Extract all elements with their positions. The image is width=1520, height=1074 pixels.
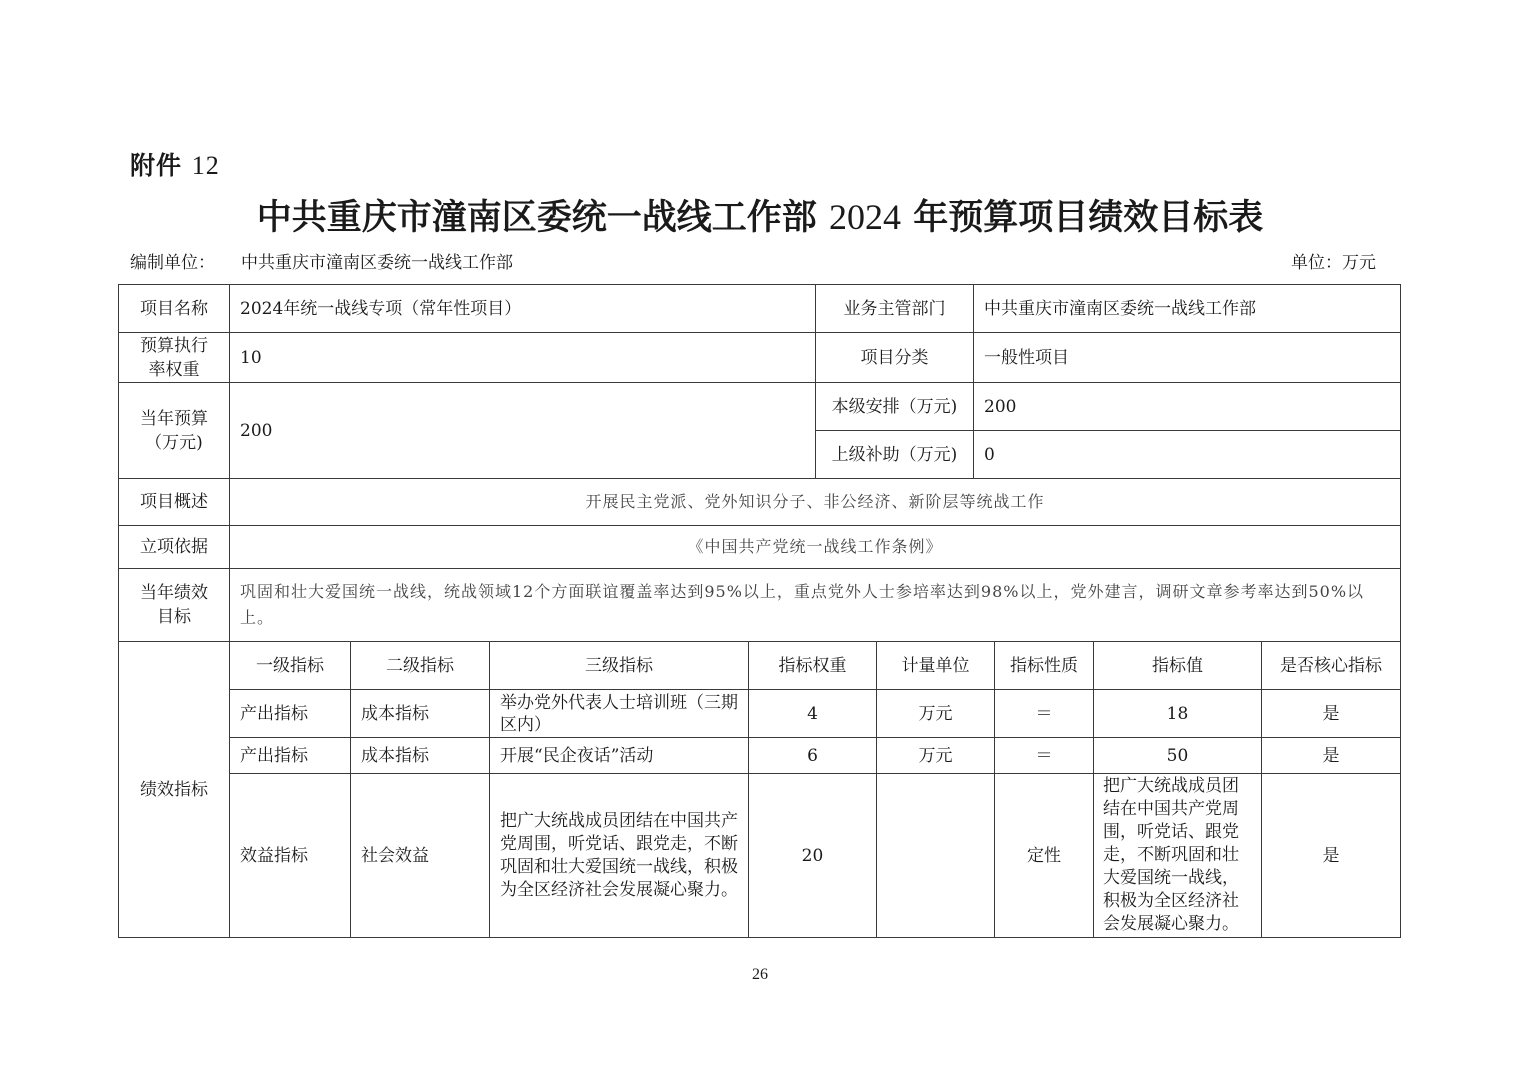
table-row-3-level2: 社会效益 <box>350 773 490 938</box>
col-header-level3: 三级指标 <box>489 641 749 690</box>
table-row-2-core: 是 <box>1261 737 1401 774</box>
goal-value: 巩固和壮大爱国统一战线，统战领域12个方面联谊覆盖率达到95%以上，重点党外人士… <box>229 568 1401 642</box>
budget-value: 200 <box>229 382 816 479</box>
col-header-value: 指标值 <box>1093 641 1262 690</box>
project-name-label: 项目名称 <box>118 284 230 333</box>
table-row-1-weight: 4 <box>748 689 877 738</box>
table-row-3-level1: 效益指标 <box>229 773 351 938</box>
table-row-2-level3: 开展“民企夜话”活动 <box>489 737 749 774</box>
table-row-1-unit: 万元 <box>876 689 995 738</box>
superior-value: 0 <box>973 430 1401 479</box>
exec-weight-value: 10 <box>229 332 816 383</box>
budget-label: 当年预算（万元) <box>118 382 230 479</box>
basis-value: 《中国共产党统一战线工作条例》 <box>229 525 1401 569</box>
table-row-2-level2: 成本指标 <box>350 737 490 774</box>
col-header-nature: 指标性质 <box>994 641 1094 690</box>
table-row-1-level2: 成本指标 <box>350 689 490 738</box>
table-row-3-nature: 定性 <box>994 773 1094 938</box>
category-label: 项目分类 <box>815 332 974 383</box>
page-number: 26 <box>0 966 1520 984</box>
superior-label: 上级补助（万元) <box>815 430 974 479</box>
exec-weight-label: 预算执行率权重 <box>118 332 230 383</box>
table-row-2-value: 50 <box>1093 737 1262 774</box>
col-header-unit: 计量单位 <box>876 641 995 690</box>
col-header-weight: 指标权重 <box>748 641 877 690</box>
category-value: 一般性项目 <box>973 332 1401 383</box>
dept-label: 业务主管部门 <box>815 284 974 333</box>
performance-table: 项目名称 2024年统一战线专项（常年性项目） 业务主管部门 中共重庆市潼南区委… <box>0 0 1520 1074</box>
local-value: 200 <box>973 382 1401 431</box>
table-row-3-unit <box>876 773 995 938</box>
overview-value: 开展民主党派、党外知识分子、非公经济、新阶层等统战工作 <box>229 478 1401 526</box>
overview-label: 项目概述 <box>118 478 230 526</box>
col-header-core: 是否核心指标 <box>1261 641 1401 690</box>
col-header-level1: 一级指标 <box>229 641 351 690</box>
local-label: 本级安排（万元) <box>815 382 974 431</box>
dept-value: 中共重庆市潼南区委统一战线工作部 <box>973 284 1401 333</box>
table-row-1-level3: 举办党外代表人士培训班（三期区内） <box>489 689 749 738</box>
table-row-3-level3: 把广大统战成员团结在中国共产党周围，听党话、跟党走，不断巩固和壮大爱国统一战线，… <box>489 773 749 938</box>
table-row-2-nature: ＝ <box>994 737 1094 774</box>
table-row-1-value: 18 <box>1093 689 1262 738</box>
indicators-label: 绩效指标 <box>118 641 230 938</box>
table-row-2-weight: 6 <box>748 737 877 774</box>
table-row-3-value: 把广大统战成员团结在中国共产党周围，听党话、跟党走，不断巩固和壮大爱国统一战线，… <box>1093 773 1262 938</box>
table-row-3-weight: 20 <box>748 773 877 938</box>
table-row-1-core: 是 <box>1261 689 1401 738</box>
basis-label: 立项依据 <box>118 525 230 569</box>
table-row-2-level1: 产出指标 <box>229 737 351 774</box>
table-row-2-unit: 万元 <box>876 737 995 774</box>
goal-label: 当年绩效目标 <box>118 568 230 642</box>
table-row-1-nature: ＝ <box>994 689 1094 738</box>
project-name-value: 2024年统一战线专项（常年性项目） <box>229 284 816 333</box>
table-row-3-core: 是 <box>1261 773 1401 938</box>
col-header-level2: 二级指标 <box>350 641 490 690</box>
table-row-1-level1: 产出指标 <box>229 689 351 738</box>
